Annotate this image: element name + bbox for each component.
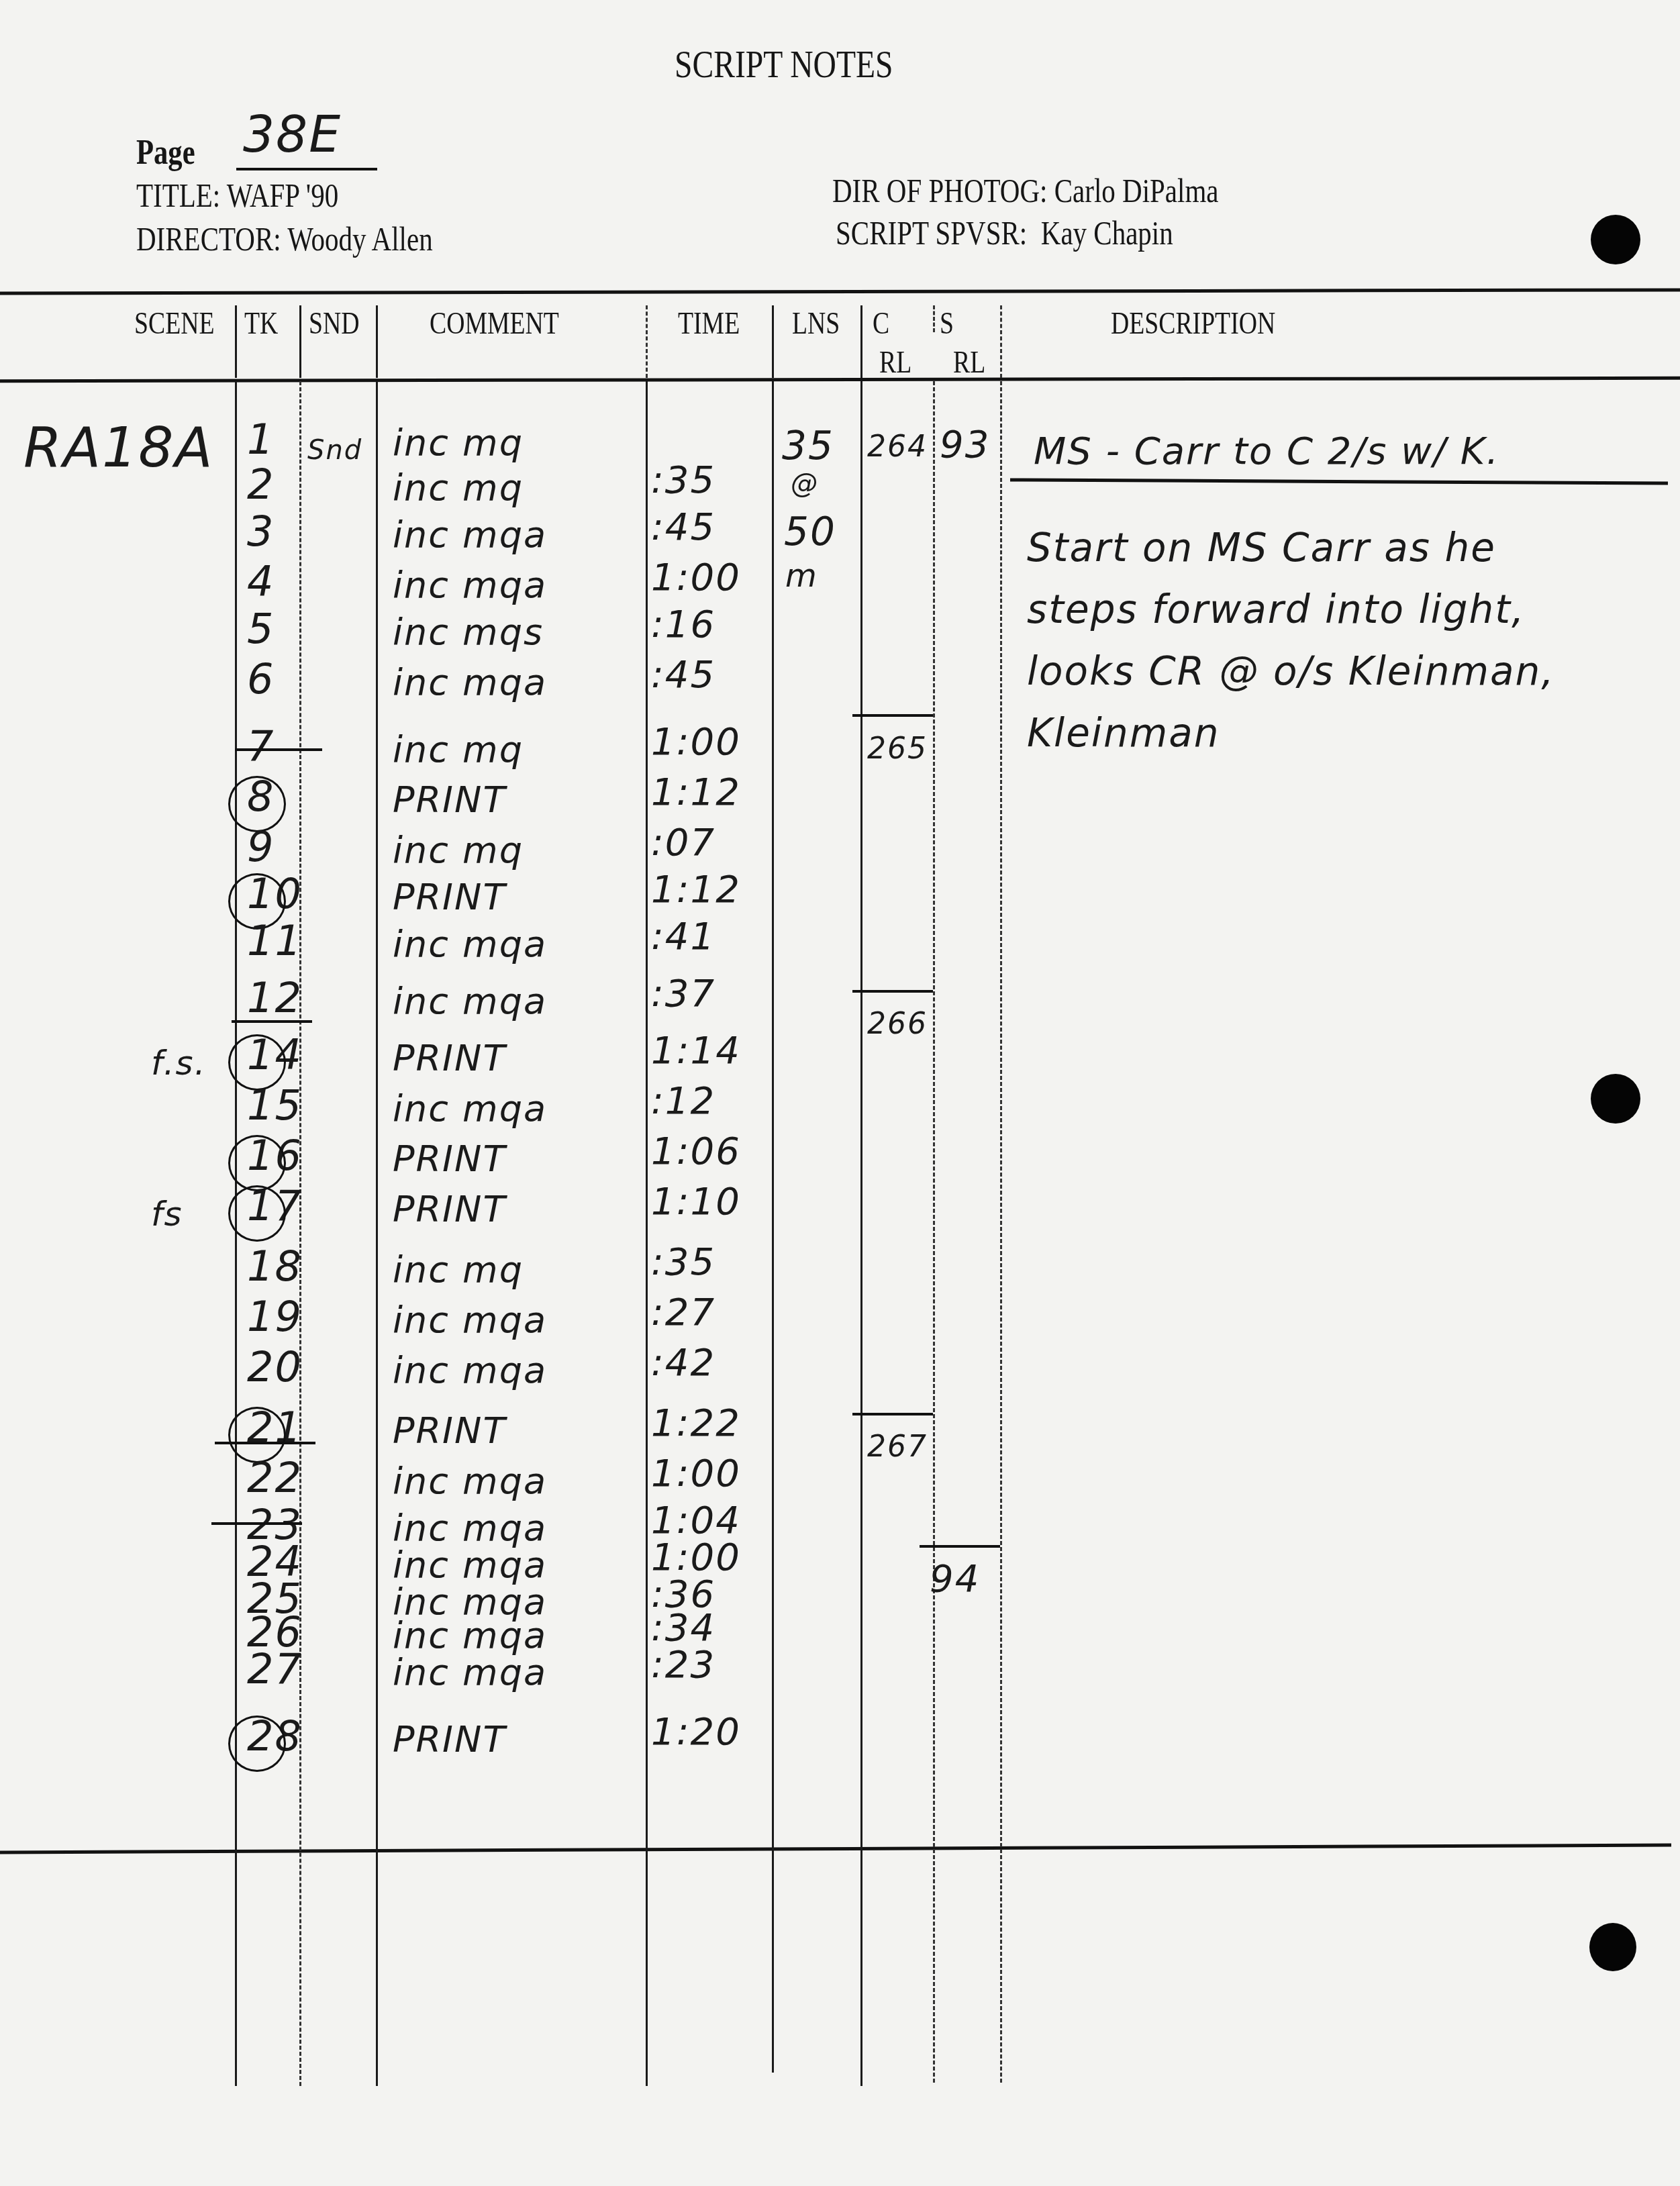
title-label: TITLE: bbox=[136, 177, 220, 214]
take-time: :16 bbox=[651, 603, 715, 646]
take-number: 9 bbox=[247, 822, 275, 871]
supervisor-label: SCRIPT SPVSR: bbox=[836, 214, 1027, 252]
take-comment: inc mqa bbox=[393, 1544, 547, 1586]
column-divider bbox=[860, 305, 862, 378]
take-time: 1:14 bbox=[651, 1029, 741, 1073]
column-divider bbox=[646, 381, 648, 2086]
binder-hole bbox=[1591, 215, 1640, 264]
take-comment: PRINT bbox=[393, 1718, 506, 1760]
sound-roll: 94 bbox=[930, 1557, 980, 1601]
take-time: 1:00 bbox=[651, 720, 741, 764]
take-time: :07 bbox=[651, 821, 715, 864]
take-comment: inc mqa bbox=[393, 1299, 547, 1341]
title-field: TITLE: WAFP '90 bbox=[136, 176, 338, 215]
take-time: 1:12 bbox=[651, 771, 741, 814]
scene-number: RA18A bbox=[23, 416, 214, 480]
note-line: Start on MS Carr as he bbox=[1027, 517, 1555, 579]
column-divider bbox=[933, 381, 935, 2083]
take-number: 19 bbox=[247, 1292, 303, 1341]
take-time: :27 bbox=[651, 1291, 715, 1334]
take-time: :23 bbox=[651, 1643, 715, 1687]
take-time: 1:06 bbox=[651, 1130, 741, 1173]
page-number: 38E bbox=[243, 106, 342, 164]
column-header-take: TK bbox=[244, 305, 278, 341]
column-divider bbox=[860, 381, 862, 2086]
take-time: :45 bbox=[651, 505, 715, 549]
binder-hole bbox=[1589, 1923, 1636, 1971]
take-comment: PRINT bbox=[393, 1138, 506, 1180]
take-comment: inc mq bbox=[393, 421, 524, 464]
camera-roll: 264 bbox=[867, 430, 928, 464]
column-divider bbox=[772, 305, 774, 378]
binder-hole bbox=[1591, 1074, 1640, 1124]
take-comment: inc mqa bbox=[393, 1507, 547, 1549]
take-time: :35 bbox=[651, 458, 715, 502]
take-number: 27 bbox=[247, 1644, 303, 1693]
take-comment: inc mqa bbox=[393, 980, 547, 1022]
setup-description: MS - Carr to C 2/s w/ K. bbox=[1034, 430, 1499, 473]
take-time: :41 bbox=[651, 915, 715, 958]
lens-value: m bbox=[785, 557, 818, 595]
column-divider bbox=[235, 305, 237, 378]
title-value: WAFP '90 bbox=[227, 177, 338, 214]
lens-value: @ bbox=[791, 468, 819, 499]
column-divider bbox=[772, 381, 774, 2073]
take-time: :35 bbox=[651, 1240, 715, 1284]
column-divider bbox=[933, 305, 935, 332]
director-label: DIRECTOR: bbox=[136, 220, 281, 258]
take-comment: inc mq bbox=[393, 829, 524, 871]
column-divider bbox=[1000, 381, 1002, 2083]
column-header-comment: COMMENT bbox=[430, 305, 559, 341]
take-comment: PRINT bbox=[393, 1409, 506, 1452]
take-number: 6 bbox=[247, 654, 275, 703]
column-header-time: TIME bbox=[678, 305, 740, 341]
take-number: 15 bbox=[247, 1081, 303, 1130]
supervisor-value: Kay Chapin bbox=[1041, 214, 1173, 252]
take-comment: PRINT bbox=[393, 1188, 506, 1230]
column-divider bbox=[299, 381, 301, 2086]
take-note: fs bbox=[151, 1195, 183, 1234]
column-header-camera-roll-sub: RL bbox=[879, 344, 911, 380]
column-divider bbox=[299, 305, 301, 378]
dop-label: DIR OF PHOTOG: bbox=[832, 172, 1047, 209]
take-comment: inc mqa bbox=[393, 1349, 547, 1391]
camera-roll: 265 bbox=[867, 732, 928, 766]
column-header-lens: LNS bbox=[792, 305, 840, 341]
take-time: :37 bbox=[651, 972, 715, 1015]
take-comment: inc mqa bbox=[393, 1460, 547, 1502]
take-comment: inc mqa bbox=[393, 1087, 547, 1130]
director-field: DIRECTOR: Woody Allen bbox=[136, 219, 433, 258]
table-bottom-rule bbox=[0, 1844, 1671, 1854]
take-comment: inc mqa bbox=[393, 564, 547, 606]
take-time: :45 bbox=[651, 653, 715, 697]
form-title: SCRIPT NOTES bbox=[675, 42, 893, 87]
take-number: 1 bbox=[247, 415, 275, 464]
take-number: 5 bbox=[247, 604, 275, 653]
take-group-mark bbox=[215, 1442, 315, 1444]
roll-break-mark bbox=[920, 1545, 1000, 1548]
take-note: f.s. bbox=[151, 1044, 207, 1083]
print-circle-icon bbox=[228, 1185, 286, 1242]
dop-value: Carlo DiPalma bbox=[1054, 172, 1219, 209]
take-time: 1:00 bbox=[651, 556, 741, 599]
lens-value: 50 bbox=[784, 509, 836, 554]
take-time: 1:22 bbox=[651, 1401, 741, 1445]
take-number: 12 bbox=[247, 973, 303, 1022]
take-number: 3 bbox=[247, 507, 275, 556]
take-number: 7 bbox=[247, 722, 275, 771]
print-circle-icon bbox=[228, 1716, 286, 1772]
column-header-camera-roll: C bbox=[873, 305, 889, 341]
take-comment: inc mq bbox=[393, 728, 524, 771]
roll-break-mark bbox=[852, 714, 933, 717]
take-comment: PRINT bbox=[393, 779, 506, 821]
column-divider bbox=[646, 305, 648, 378]
dop-field: DIR OF PHOTOG: Carlo DiPalma bbox=[832, 171, 1219, 210]
take-comment: inc mqa bbox=[393, 1651, 547, 1693]
note-line: Kleinman bbox=[1027, 702, 1555, 764]
take-comment: inc mq bbox=[393, 1248, 524, 1291]
header-bottom-rule bbox=[0, 377, 1680, 383]
sound-indicator: Snd bbox=[307, 435, 362, 466]
take-time: :12 bbox=[651, 1079, 715, 1123]
column-header-sound: SND bbox=[309, 305, 359, 341]
column-header-sound-roll-sub: RL bbox=[953, 344, 985, 380]
shot-notes: Start on MS Carr as he steps forward int… bbox=[1027, 517, 1555, 764]
page-underline bbox=[236, 168, 377, 170]
roll-break-mark bbox=[852, 990, 933, 993]
take-comment: inc mqs bbox=[393, 611, 544, 653]
take-time: :42 bbox=[651, 1341, 715, 1385]
supervisor-field: SCRIPT SPVSR: Kay Chapin bbox=[836, 213, 1173, 252]
take-number: 2 bbox=[247, 460, 275, 509]
take-time: 1:10 bbox=[651, 1180, 741, 1224]
column-header-sound-roll: S bbox=[940, 305, 954, 341]
lens-value: 35 bbox=[782, 423, 834, 468]
take-comment: inc mqa bbox=[393, 661, 547, 703]
column-divider bbox=[376, 381, 378, 2086]
take-time: 1:20 bbox=[651, 1710, 741, 1754]
column-header-description: DESCRIPTION bbox=[1111, 305, 1275, 341]
take-comment: inc mq bbox=[393, 466, 524, 509]
take-number: 20 bbox=[247, 1342, 303, 1391]
take-number: 4 bbox=[247, 557, 275, 606]
take-group-mark bbox=[211, 1522, 302, 1525]
roll-break-mark bbox=[852, 1413, 933, 1415]
take-number: 18 bbox=[247, 1242, 303, 1291]
take-time: 1:00 bbox=[651, 1452, 741, 1495]
take-comment: inc mqa bbox=[393, 1614, 547, 1656]
director-value: Woody Allen bbox=[287, 220, 432, 258]
page-label: Page bbox=[136, 133, 195, 172]
take-time: 1:12 bbox=[651, 868, 741, 911]
column-divider bbox=[1000, 305, 1002, 378]
take-comment: inc mqa bbox=[393, 923, 547, 965]
take-comment: PRINT bbox=[393, 876, 506, 918]
column-header-scene: SCENE bbox=[134, 305, 214, 341]
header-top-rule bbox=[0, 288, 1680, 295]
column-divider bbox=[376, 305, 378, 378]
sound-roll: 93 bbox=[940, 423, 990, 466]
take-number: 22 bbox=[247, 1453, 303, 1502]
take-number: 11 bbox=[247, 916, 303, 965]
take-comment: inc mqa bbox=[393, 513, 547, 556]
take-group-mark bbox=[235, 748, 322, 751]
camera-roll: 267 bbox=[867, 1430, 928, 1464]
note-line: looks CR @ o/s Kleinman, bbox=[1027, 640, 1555, 702]
camera-roll: 266 bbox=[867, 1007, 928, 1041]
note-line: steps forward into light, bbox=[1027, 579, 1555, 640]
setup-underline bbox=[1010, 478, 1668, 485]
take-comment: PRINT bbox=[393, 1037, 506, 1079]
take-group-mark bbox=[232, 1020, 312, 1023]
